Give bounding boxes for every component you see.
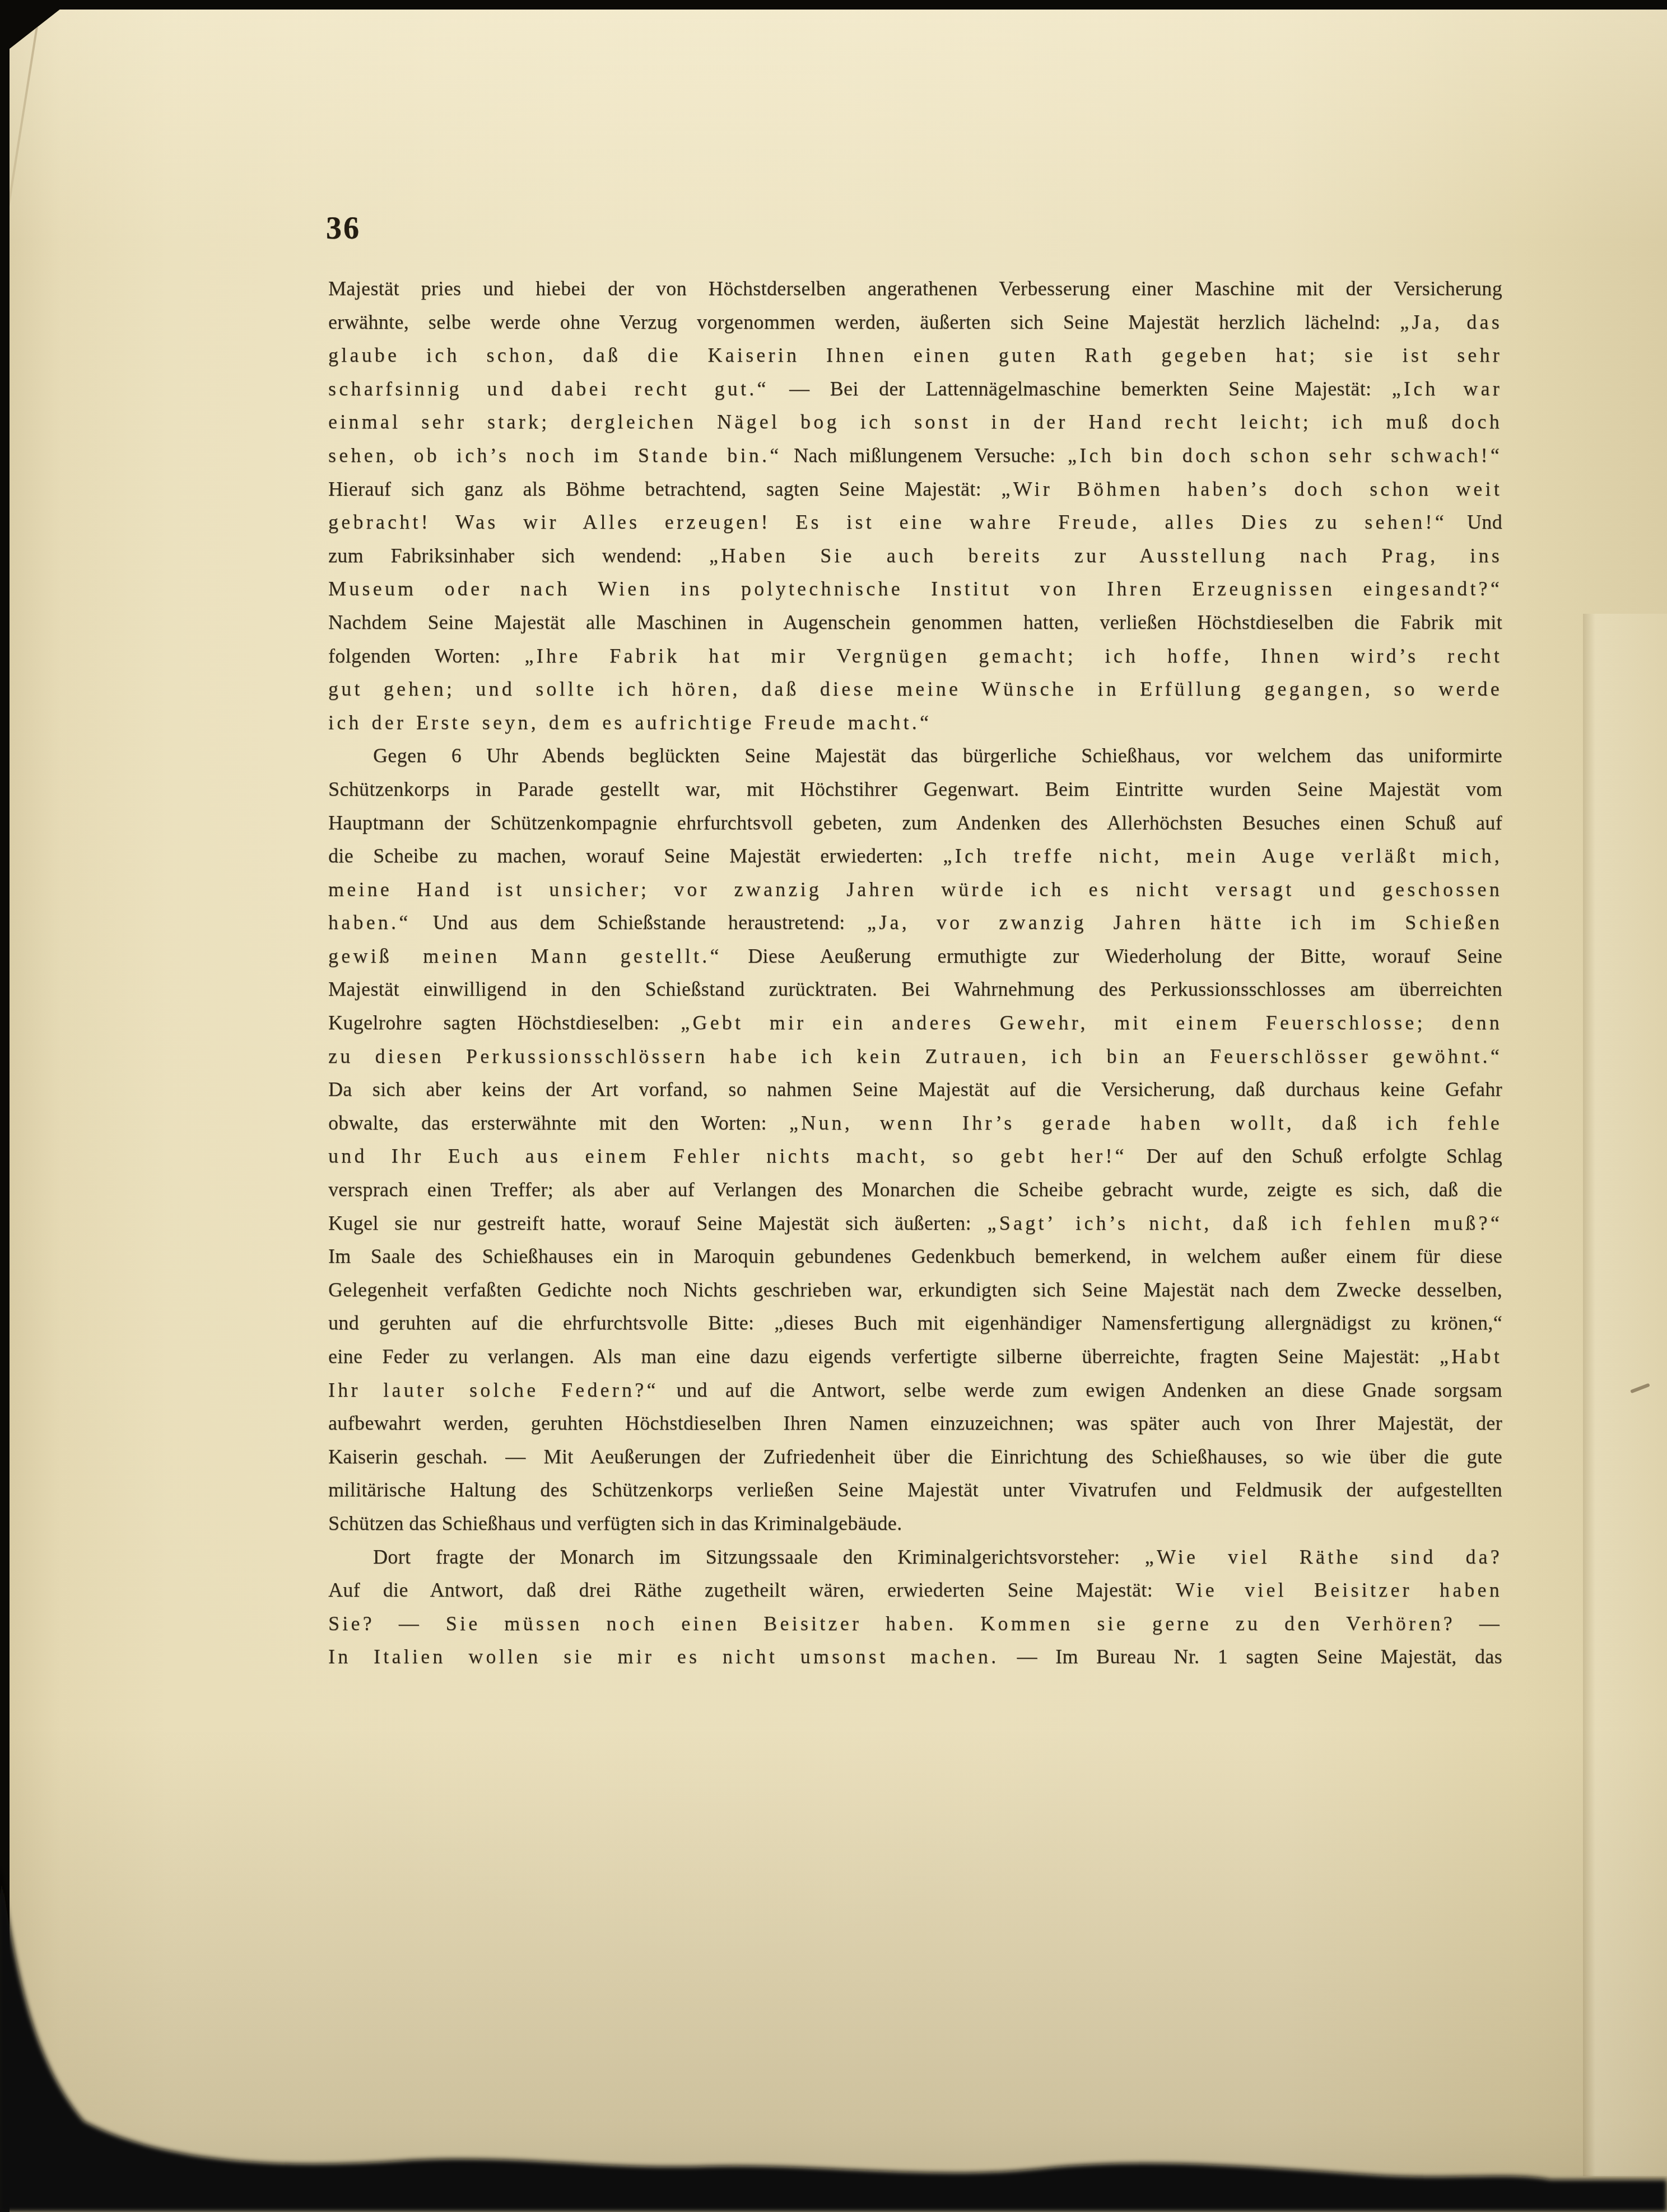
text-run: Gegen 6 Uhr Abends beglückten Seine Maje…	[373, 744, 1502, 767]
text-run: Im Saale des Schießhauses ein in Maroqui…	[328, 1245, 1502, 1267]
letterspaced-quote-run: Ihr lauter solche Federn?“	[328, 1379, 659, 1401]
letterspaced-quote-run: „Ja, vor zwanzig Jahren hätte ich im Sch…	[867, 911, 1502, 934]
text-line: Gelegenheit verfaßten Gedichte noch Nich…	[328, 1273, 1502, 1307]
letterspaced-quote-run: gewiß meinen Mann gestellt.“	[328, 945, 722, 967]
letterspaced-quote-run: „Ich treffe nicht, mein Auge verläßt mic…	[943, 844, 1502, 867]
text-line: obwalte, das ersterwähnte mit den Worten…	[328, 1107, 1502, 1140]
text-run: Kugelrohre sagten Höchstdieselben:	[328, 1011, 681, 1034]
text-line: Sie? — Sie müssen noch einen Beisitzer h…	[328, 1607, 1502, 1641]
paper-sheet: 36 Majestät pries und hiebei der von Höc…	[9, 9, 1667, 2212]
text-line: glaube ich schon, daß die Kaiserin Ihnen…	[328, 339, 1502, 372]
letterspaced-quote-run: „Sagt’ ich’s nicht, daß ich fehlen muß?“	[988, 1212, 1502, 1234]
text-run: Da sich aber keins der Art vorfand, so n…	[328, 1078, 1502, 1100]
text-run: obwalte, das ersterwähnte mit den Worten…	[328, 1112, 789, 1134]
text-line: Majestät pries und hiebei der von Höchst…	[328, 272, 1502, 306]
page-text-block: Majestät pries und hiebei der von Höchst…	[328, 272, 1502, 1674]
text-line: In Italien wollen sie mir es nicht umson…	[328, 1640, 1502, 1674]
scanned-book-page: 36 Majestät pries und hiebei der von Höc…	[0, 0, 1667, 2212]
letterspaced-quote-run: einmal sehr stark; dergleichen Nägel bog…	[328, 410, 1502, 433]
text-run: — Bei der Lattennägelmaschine bemerkten …	[769, 377, 1392, 400]
page-fore-edge	[1583, 614, 1667, 2176]
text-line: ich der Erste seyn, dem es aufrichtige F…	[328, 706, 1502, 740]
text-line: eine Feder zu verlangen. Als man eine da…	[328, 1340, 1502, 1374]
text-line: Museum oder nach Wien ins polytechnische…	[328, 572, 1502, 606]
letterspaced-quote-run: „Ja, das	[1400, 311, 1502, 333]
text-line: Schützenkorps in Parade gestellt war, mi…	[328, 773, 1502, 806]
letterspaced-quote-run: „Ich war	[1392, 377, 1502, 400]
text-line: Nachdem Seine Majestät alle Maschinen in…	[328, 606, 1502, 640]
text-line: versprach einen Treffer; als aber auf Ve…	[328, 1173, 1502, 1207]
scan-edge-left	[0, 0, 10, 2212]
text-line: die Scheibe zu machen, worauf Seine Maje…	[328, 839, 1502, 873]
letterspaced-quote-run: glaube ich schon, daß die Kaiserin Ihnen…	[328, 344, 1502, 366]
letterspaced-quote-run: Museum oder nach Wien ins polytechnische…	[328, 577, 1502, 600]
text-line: Hauptmann der Schützenkompagnie ehrfurch…	[328, 806, 1502, 840]
letterspaced-quote-run: „Ich bin doch schon sehr schwach!“	[1068, 444, 1502, 466]
text-line: Schützen das Schießhaus und verfügten si…	[328, 1507, 1502, 1541]
text-run: eine Feder zu verlangen. Als man eine da…	[328, 1345, 1440, 1368]
letterspaced-quote-run: „Wie viel Räthe sind da?	[1145, 1546, 1502, 1568]
text-run: Kugel sie nur gestreift hatte, worauf Se…	[328, 1212, 988, 1234]
text-line: und Ihr Euch aus einem Fehler nichts mac…	[328, 1140, 1502, 1173]
text-line: Gegen 6 Uhr Abends beglückten Seine Maje…	[328, 739, 1502, 773]
text-run: zum Fabriksinhaber sich wendend:	[328, 544, 709, 567]
text-line: erwähnte, selbe werde ohne Verzug vorgen…	[328, 306, 1502, 339]
text-run: Gelegenheit verfaßten Gedichte noch Nich…	[328, 1278, 1502, 1301]
text-run: Nach mißlungenem Versuche:	[781, 444, 1068, 466]
letterspaced-quote-run: Sie? — Sie müssen noch einen Beisitzer h…	[328, 1612, 1502, 1635]
letterspaced-quote-run: In Italien wollen sie mir es nicht umson…	[328, 1645, 999, 1668]
text-run: die Scheibe zu machen, worauf Seine Maje…	[328, 844, 943, 867]
text-run: Nachdem Seine Majestät alle Maschinen in…	[328, 611, 1502, 633]
text-run: Hauptmann der Schützenkompagnie ehrfurch…	[328, 811, 1502, 834]
text-line: scharfsinnig und dabei recht gut.“ — Bei…	[328, 372, 1502, 406]
text-line: Majestät einwilligend in den Schießstand…	[328, 973, 1502, 1006]
letterspaced-quote-run: „Wir Böhmen haben’s doch schon weit	[1001, 478, 1502, 500]
text-line: meine Hand ist unsicher; vor zwanzig Jah…	[328, 873, 1502, 907]
letterspaced-quote-run: „Haben Sie auch bereits zur Ausstellung …	[709, 544, 1502, 567]
text-line: gut gehen; und sollte ich hören, daß die…	[328, 673, 1502, 706]
letterspaced-quote-run: zu diesen Perkussionsschlössern habe ich…	[328, 1045, 1502, 1067]
text-line: Kaiserin geschah. — Mit Aeußerungen der …	[328, 1440, 1502, 1474]
text-line: Hierauf sich ganz als Böhme betrachtend,…	[328, 473, 1502, 506]
letterspaced-quote-run: gebracht! Was wir Alles erzeugen! Es ist…	[328, 511, 1447, 533]
text-run: Diese Aeußerung ermuthigte zur Wiederhol…	[722, 945, 1502, 967]
text-run: und auf die Antwort, selbe werde zum ewi…	[659, 1379, 1502, 1401]
text-line: Auf die Antwort, daß drei Räthe zugethei…	[328, 1574, 1502, 1607]
text-line: Ihr lauter solche Federn?“ und auf die A…	[328, 1374, 1502, 1407]
text-run: Und	[1447, 511, 1502, 533]
letterspaced-quote-run: „Nun, wenn Ihr’s gerade haben wollt, daß…	[789, 1112, 1502, 1134]
text-run: militärische Haltung des Schützenkorps v…	[328, 1478, 1502, 1501]
text-line: zu diesen Perkussionsschlössern habe ich…	[328, 1040, 1502, 1074]
text-run: aufbewahrt werden, geruhten Höchstdiesel…	[328, 1412, 1502, 1434]
letterspaced-quote-run: haben.“	[328, 911, 411, 934]
text-run: versprach einen Treffer; als aber auf Ve…	[328, 1178, 1502, 1201]
text-line: und geruhten auf die ehrfurchtsvolle Bit…	[328, 1306, 1502, 1340]
text-run: Schützenkorps in Parade gestellt war, mi…	[328, 778, 1502, 800]
page-number: 36	[326, 211, 361, 246]
text-line: Im Saale des Schießhauses ein in Maroqui…	[328, 1240, 1502, 1273]
text-line: einmal sehr stark; dergleichen Nägel bog…	[328, 405, 1502, 439]
text-line: gewiß meinen Mann gestellt.“ Diese Aeuße…	[328, 940, 1502, 973]
text-line: folgenden Worten: „Ihre Fabrik hat mir V…	[328, 640, 1502, 673]
text-run: — Im Bureau Nr. 1 sagten Seine Majestät,…	[999, 1645, 1502, 1668]
text-line: sehen, ob ich’s noch im Stande bin.“ Nac…	[328, 439, 1502, 473]
text-run: Hierauf sich ganz als Böhme betrachtend,…	[328, 478, 1001, 500]
text-line: zum Fabriksinhaber sich wendend: „Haben …	[328, 539, 1502, 573]
text-line: gebracht! Was wir Alles erzeugen! Es ist…	[328, 506, 1502, 539]
text-run: erwähnte, selbe werde ohne Verzug vorgen…	[328, 311, 1400, 333]
text-run: Majestät pries und hiebei der von Höchst…	[328, 277, 1502, 300]
letterspaced-quote-run: „Habt	[1440, 1345, 1502, 1368]
text-line: militärische Haltung des Schützenkorps v…	[328, 1473, 1502, 1507]
letterspaced-quote-run: Wie viel Beisitzer haben	[1176, 1579, 1502, 1601]
text-run: Dort fragte der Monarch im Sitzungssaale…	[373, 1546, 1145, 1568]
text-line: Dort fragte der Monarch im Sitzungssaale…	[328, 1541, 1502, 1574]
text-line: Da sich aber keins der Art vorfand, so n…	[328, 1073, 1502, 1107]
text-run: Und aus dem Schießstande heraustretend:	[411, 911, 867, 934]
text-run: Der auf den Schuß erfolgte Schlag	[1127, 1145, 1502, 1167]
text-run: Auf die Antwort, daß drei Räthe zugethei…	[328, 1579, 1176, 1601]
text-line: aufbewahrt werden, geruhten Höchstdiesel…	[328, 1407, 1502, 1440]
letterspaced-quote-run: „Ihre Fabrik hat mir Vergnügen gemacht; …	[525, 645, 1502, 667]
text-run: Kaiserin geschah. — Mit Aeußerungen der …	[328, 1445, 1502, 1468]
text-run: und geruhten auf die ehrfurchtsvolle Bit…	[328, 1312, 1502, 1334]
letterspaced-quote-run: ich der Erste seyn, dem es aufrichtige F…	[328, 711, 932, 734]
text-line: haben.“ Und aus dem Schießstande heraust…	[328, 906, 1502, 940]
letterspaced-quote-run: sehen, ob ich’s noch im Stande bin.“	[328, 444, 781, 466]
text-line: Kugel sie nur gestreift hatte, worauf Se…	[328, 1207, 1502, 1240]
letterspaced-quote-run: gut gehen; und sollte ich hören, daß die…	[328, 678, 1502, 700]
text-run: folgenden Worten:	[328, 645, 525, 667]
letterspaced-quote-run: meine Hand ist unsicher; vor zwanzig Jah…	[328, 878, 1502, 900]
letterspaced-quote-run: „Gebt mir ein anderes Gewehr, mit einem …	[681, 1011, 1502, 1034]
letterspaced-quote-run: scharfsinnig und dabei recht gut.“	[328, 377, 769, 400]
text-run: Majestät einwilligend in den Schießstand…	[328, 978, 1502, 1000]
text-run: Schützen das Schießhaus und verfügten si…	[328, 1512, 902, 1534]
text-line: Kugelrohre sagten Höchstdieselben: „Gebt…	[328, 1006, 1502, 1040]
letterspaced-quote-run: und Ihr Euch aus einem Fehler nichts mac…	[328, 1145, 1127, 1167]
scan-edge-top	[0, 0, 1667, 10]
